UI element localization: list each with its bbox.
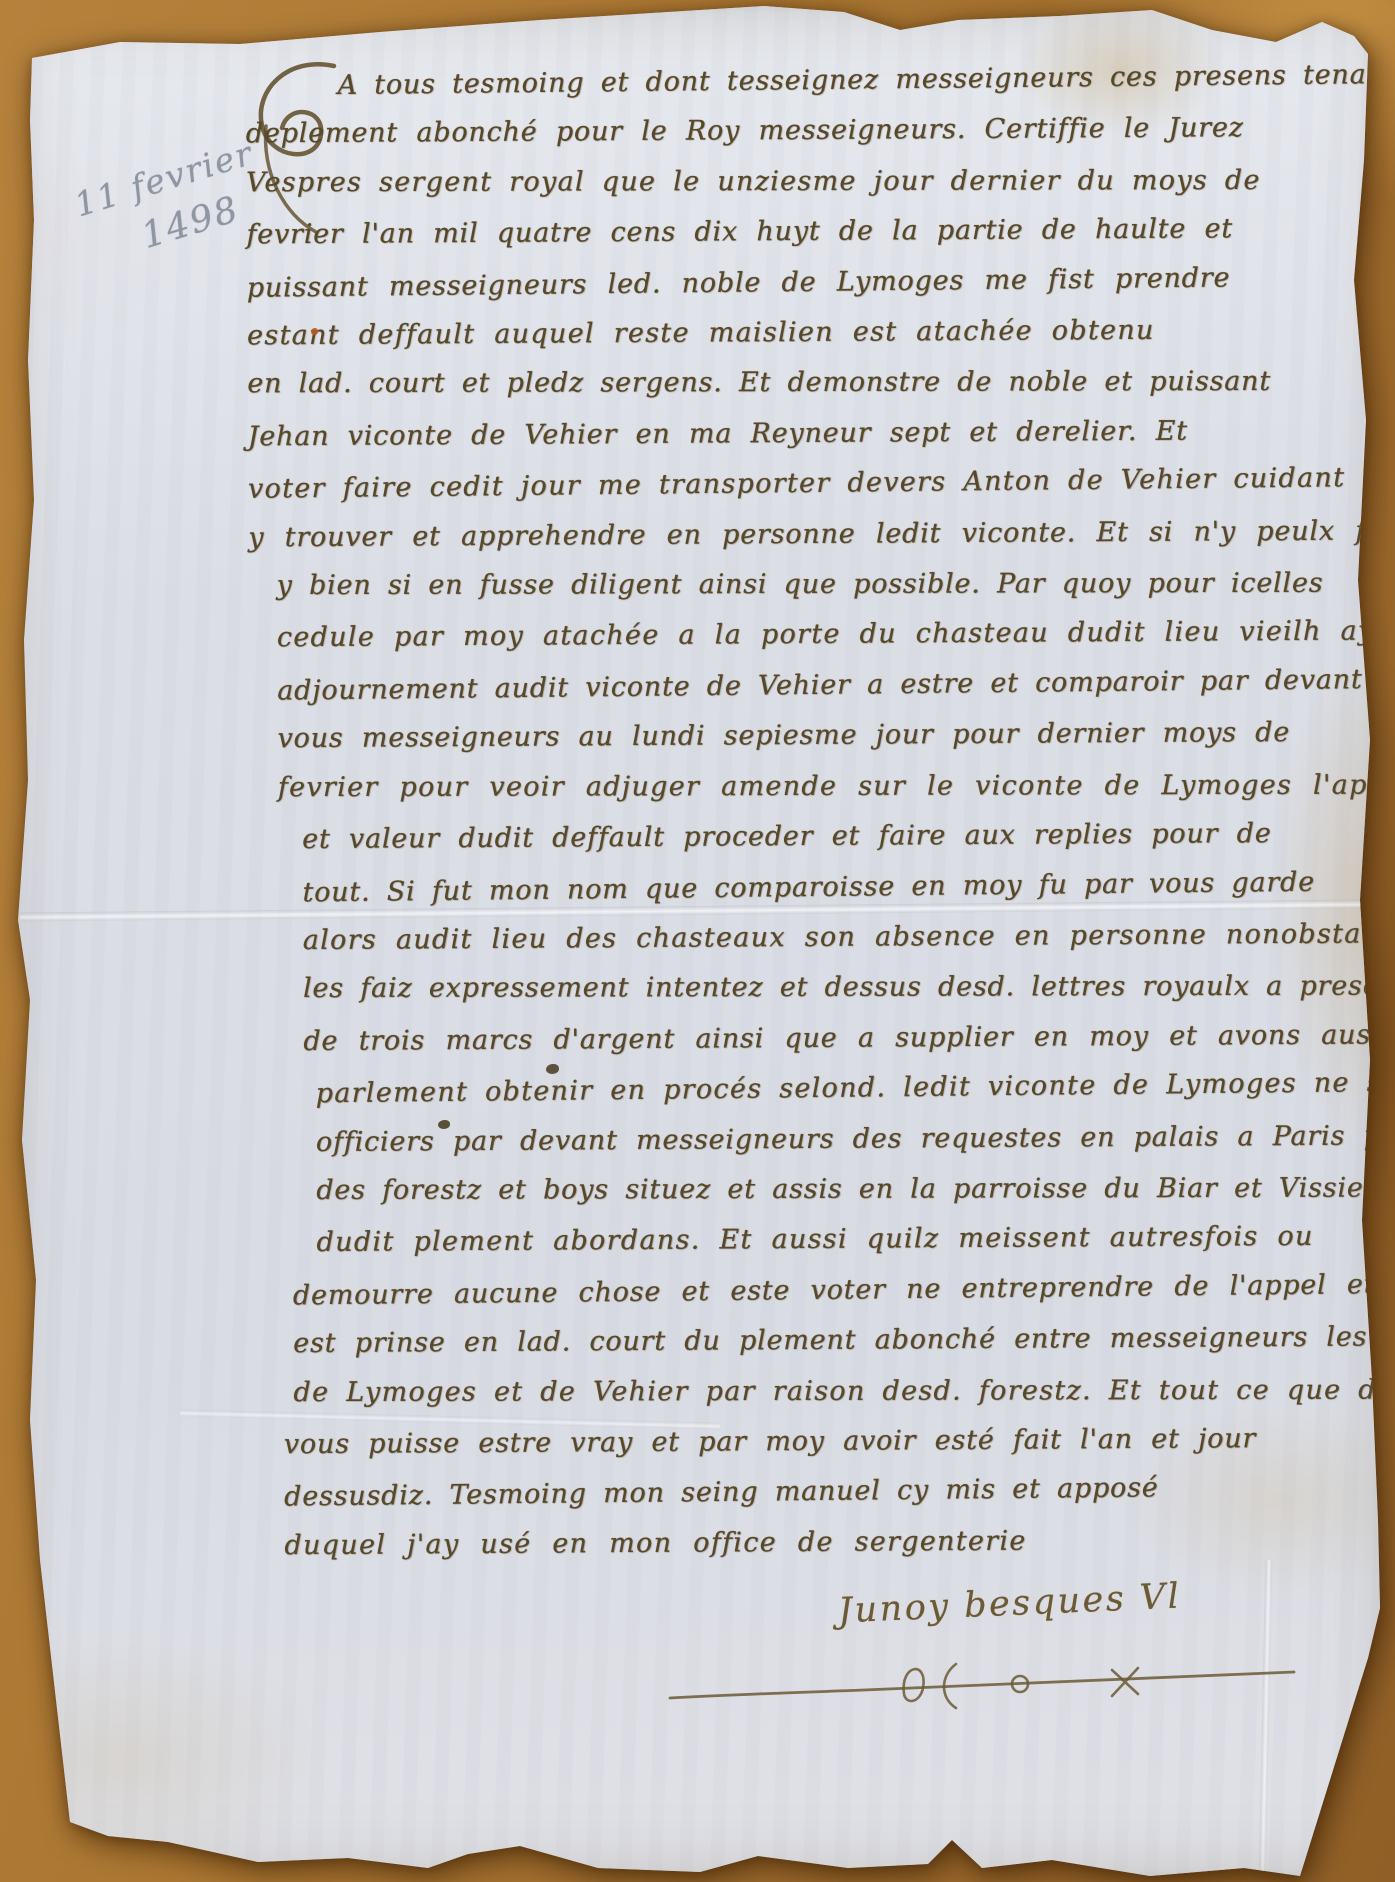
signature: Junoy besques Vl [837, 1577, 1182, 1632]
manuscript-line: duquel j'ay usé en mon office de sergent… [284, 1514, 1354, 1571]
manuscript-line: dessusdiz. Tesmoing mon seing manuel cy … [284, 1462, 1354, 1524]
manuscript-page: 11 fevrier 1498 A tous tesmoing et dont … [0, 0, 1395, 1882]
manuscript-line: voter faire cedit jour me transporter de… [248, 453, 1348, 515]
manuscript-line: puissant messeigneurs led. noble de Lymo… [247, 252, 1347, 314]
manuscript-line: estant deffault auquel reste maislien es… [247, 305, 1347, 362]
manuscript-line: demourre aucune chose et este voter ne e… [293, 1260, 1353, 1322]
manuscript-line: de Lymoges et de Vehier par raison desd.… [293, 1365, 1353, 1418]
manuscript-line: est prinse en lad. court du plement abon… [293, 1313, 1353, 1370]
manuscript-line: deplement abonché pour le Roy messeigneu… [246, 103, 1346, 160]
signature-paraph-flourish [664, 1648, 1304, 1722]
manuscript-line: parlement obtenir en procés selond. ledi… [315, 1059, 1351, 1120]
manuscript-line: et valeur dudit deffault proceder et fai… [302, 809, 1350, 866]
manuscript-line: fevrier l'an mil quatre cens dix huyt de… [246, 204, 1346, 261]
manuscript-text: A tous tesmoing et dont tesseignez messe… [245, 53, 1354, 1572]
manuscript-line: fevrier pour veoir adjuger amende sur le… [278, 760, 1350, 813]
photograph-of-manuscript: 11 fevrier 1498 A tous tesmoing et dont … [0, 0, 1395, 1882]
manuscript-line: des forestz et boys situez et assis en l… [316, 1164, 1352, 1217]
manuscript-line: A tous tesmoing et dont tesseignez messe… [337, 50, 1345, 111]
manuscript-line: Vespres sergent royal que le unziesme jo… [246, 156, 1346, 209]
manuscript-line: les faiz expressement intentez et dessus… [303, 962, 1351, 1015]
manuscript-line: dudit plement abordans. Et aussi quilz m… [316, 1212, 1352, 1269]
manuscript-line: en lad. court et pledz sergens. Et demon… [247, 357, 1347, 410]
manuscript-line: adjournement audit viconte de Vehier a e… [277, 655, 1349, 717]
manuscript-line: y bien si en fusse diligent ainsi que po… [277, 559, 1349, 612]
manuscript-line: y trouver et apprehendre en personne led… [248, 506, 1348, 563]
manuscript-line: tout. Si fut mon nom que comparoisse en … [302, 857, 1350, 918]
manuscript-line: cedule par moy atachée a la porte du cha… [277, 607, 1349, 664]
manuscript-line: de trois marcs d'argent ainsi que a supp… [303, 1010, 1351, 1067]
manuscript-line: alors audit lieu des chasteaux son absen… [303, 910, 1351, 967]
manuscript-line: officiers par devant messeigneurs des re… [316, 1111, 1352, 1168]
background-surface: 11 fevrier 1498 A tous tesmoing et dont … [0, 0, 1395, 1882]
manuscript-line: vous messeigneurs au lundi sepiesme jour… [277, 708, 1349, 765]
